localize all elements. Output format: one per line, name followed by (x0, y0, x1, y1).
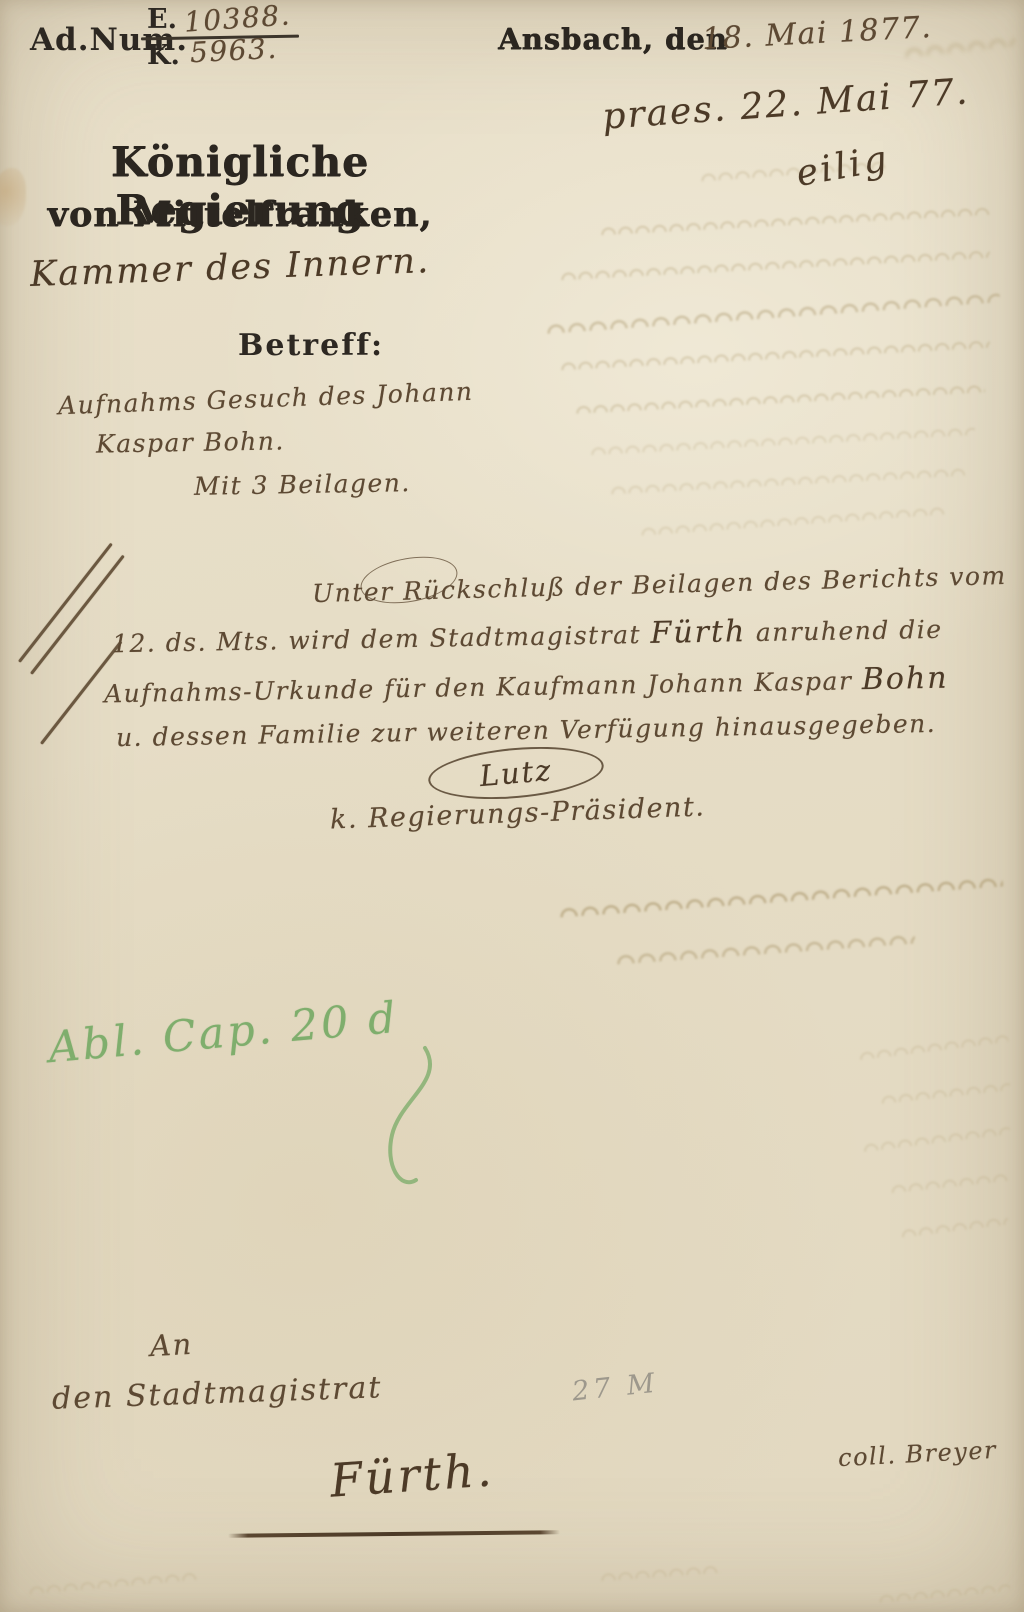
body-line4: u. dessen Familie zur weiteren Verfügung… (116, 709, 937, 752)
subject-line3: Mit 3 Beilagen. (194, 468, 411, 501)
dateline-place: Ansbach, den (498, 22, 728, 56)
body-line2: 12. ds. Mts. wird dem Stadtmagistrat Für… (112, 611, 943, 660)
document-page: Ad.Num. E. 10388. K. 5963. Ansbach, den … (0, 0, 1024, 1612)
letterhead-line2: von Mittelfranken, (40, 194, 440, 235)
bleedthrough-ghost-text (880, 1075, 1011, 1104)
pencil-note: 27 M (571, 1368, 660, 1408)
body-line2-pre: 12. ds. Mts. wird dem Stadtmagistrat (112, 620, 651, 658)
bleedthrough-ghost-text (558, 867, 1003, 918)
bleedthrough-ghost-text (890, 1166, 1009, 1193)
bleedthrough-ghost-text (560, 243, 990, 280)
dateline-date: 18. Mai 1877. (701, 10, 933, 57)
filing-note-flourish (330, 1040, 460, 1200)
urgency-note: eilig (793, 138, 893, 195)
bleedthrough-ghost-text (600, 200, 990, 235)
reference-top-letter: E. (147, 4, 177, 35)
body-line3: Aufnahms-Urkunde für den Kaufmann Johann… (104, 661, 949, 711)
bleedthrough-ghost-text (878, 1576, 1011, 1602)
signature-name: Lutz (478, 753, 554, 793)
bleedthrough-ghost-text (858, 1027, 1009, 1060)
address-line1: An (149, 1327, 193, 1363)
subject-line1: Aufnahms Gesuch des Johann (58, 377, 474, 420)
body-line3-emphasis: Bohn (862, 661, 949, 698)
margin-double-slash-mark (18, 543, 112, 663)
address-line2: den Stadtmagistrat (51, 1370, 382, 1417)
bleedthrough-ghost-text (545, 282, 1000, 334)
reference-bottom-letter: K. (147, 40, 180, 71)
presentation-note: praes. 22. Mai 77. (601, 71, 971, 138)
bleedthrough-ghost-text (575, 377, 985, 413)
bleedthrough-ghost-text (899, 1209, 1008, 1237)
subject-label: Betreff: (238, 328, 384, 363)
reference-bottom-number: 5963. (189, 32, 278, 70)
bleedthrough-ghost-text (640, 499, 945, 535)
bleedthrough-ghost-text (615, 924, 916, 965)
paper-stain (0, 168, 26, 226)
body-line2-emphasis: Fürth (650, 614, 746, 651)
collation-note: coll. Breyer (837, 1436, 997, 1472)
body-line2-post: anruhend die (746, 615, 943, 647)
address-line3: Fürth. (328, 1442, 496, 1507)
bleedthrough-ghost-text (862, 1119, 1011, 1152)
bleedthrough-ghost-text (28, 1565, 199, 1595)
address-underline (228, 1530, 560, 1537)
bleedthrough-ghost-text (610, 461, 965, 495)
subject-line2: Kaspar Bohn. (96, 426, 285, 458)
bleedthrough-ghost-text (560, 333, 990, 370)
bleedthrough-ghost-text (590, 420, 975, 455)
bleedthrough-ghost-text (600, 1558, 721, 1581)
signature-title: k. Regierungs-Präsident. (330, 791, 706, 835)
body-line3-pre: Aufnahms-Urkunde für den Kaufmann Johann… (104, 666, 862, 708)
letterhead-line3: Kammer des Innern. (29, 241, 430, 295)
